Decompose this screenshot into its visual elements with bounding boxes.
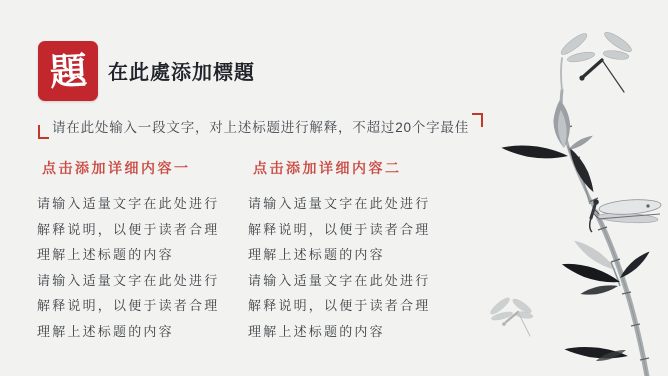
dragonfly-flying-icon bbox=[559, 29, 634, 92]
corner-bracket-left-icon bbox=[38, 125, 49, 139]
subtitle-row: 请在此处输入一段文字，对上述标题进行解释，不超过20个字最佳 bbox=[38, 116, 483, 136]
column-1-line: 解释说明，以便于读者合理 bbox=[37, 217, 247, 243]
column-2-line: 解释说明，以便于读者合理 bbox=[248, 293, 458, 319]
dragonfly-faint-icon bbox=[489, 296, 534, 336]
column-2-line: 解释说明，以便于读者合理 bbox=[248, 217, 458, 243]
column-1-line: 请输入适量文字在此处进行 bbox=[37, 191, 247, 217]
column-2-heading: 点击添加详细内容二 bbox=[248, 158, 458, 178]
column-1-line: 理解上述标题的内容 bbox=[37, 242, 247, 268]
column-2-line: 理解上述标题的内容 bbox=[248, 242, 458, 268]
column-1-line: 请输入适量文字在此处进行 bbox=[37, 268, 247, 294]
page-title: 在此處添加標題 bbox=[108, 56, 255, 85]
column-2-line: 理解上述标题的内容 bbox=[248, 319, 458, 345]
slide-canvas: 題 在此處添加標題 请在此处输入一段文字，对上述标题进行解释，不超过20个字最佳… bbox=[0, 0, 668, 376]
bamboo-leaves-upper-icon bbox=[501, 99, 598, 194]
subtitle-text: 请在此处输入一段文字，对上述标题进行解释，不超过20个字最佳 bbox=[52, 116, 469, 136]
content-column-1: 点击添加详细内容一 请输入适量文字在此处进行 解释说明，以便于读者合理 理解上述… bbox=[37, 158, 247, 344]
content-column-2: 点击添加详细内容二 请输入适量文字在此处进行 解释说明，以便于读者合理 理解上述… bbox=[248, 158, 458, 344]
title-seal-badge: 題 bbox=[38, 41, 98, 101]
column-2-line: 请输入适量文字在此处进行 bbox=[248, 191, 458, 217]
column-1-heading: 点击添加详细内容一 bbox=[37, 158, 247, 178]
bamboo-leaves-middle-icon bbox=[560, 237, 652, 298]
column-1-line: 理解上述标题的内容 bbox=[37, 319, 247, 345]
column-1-line: 解释说明，以便于读者合理 bbox=[37, 293, 247, 319]
title-seal-char: 題 bbox=[49, 52, 88, 91]
column-2-line: 请输入适量文字在此处进行 bbox=[248, 268, 458, 294]
bamboo-dragonfly-illustration bbox=[478, 0, 668, 376]
bamboo-leaves-lower-icon bbox=[564, 344, 629, 364]
